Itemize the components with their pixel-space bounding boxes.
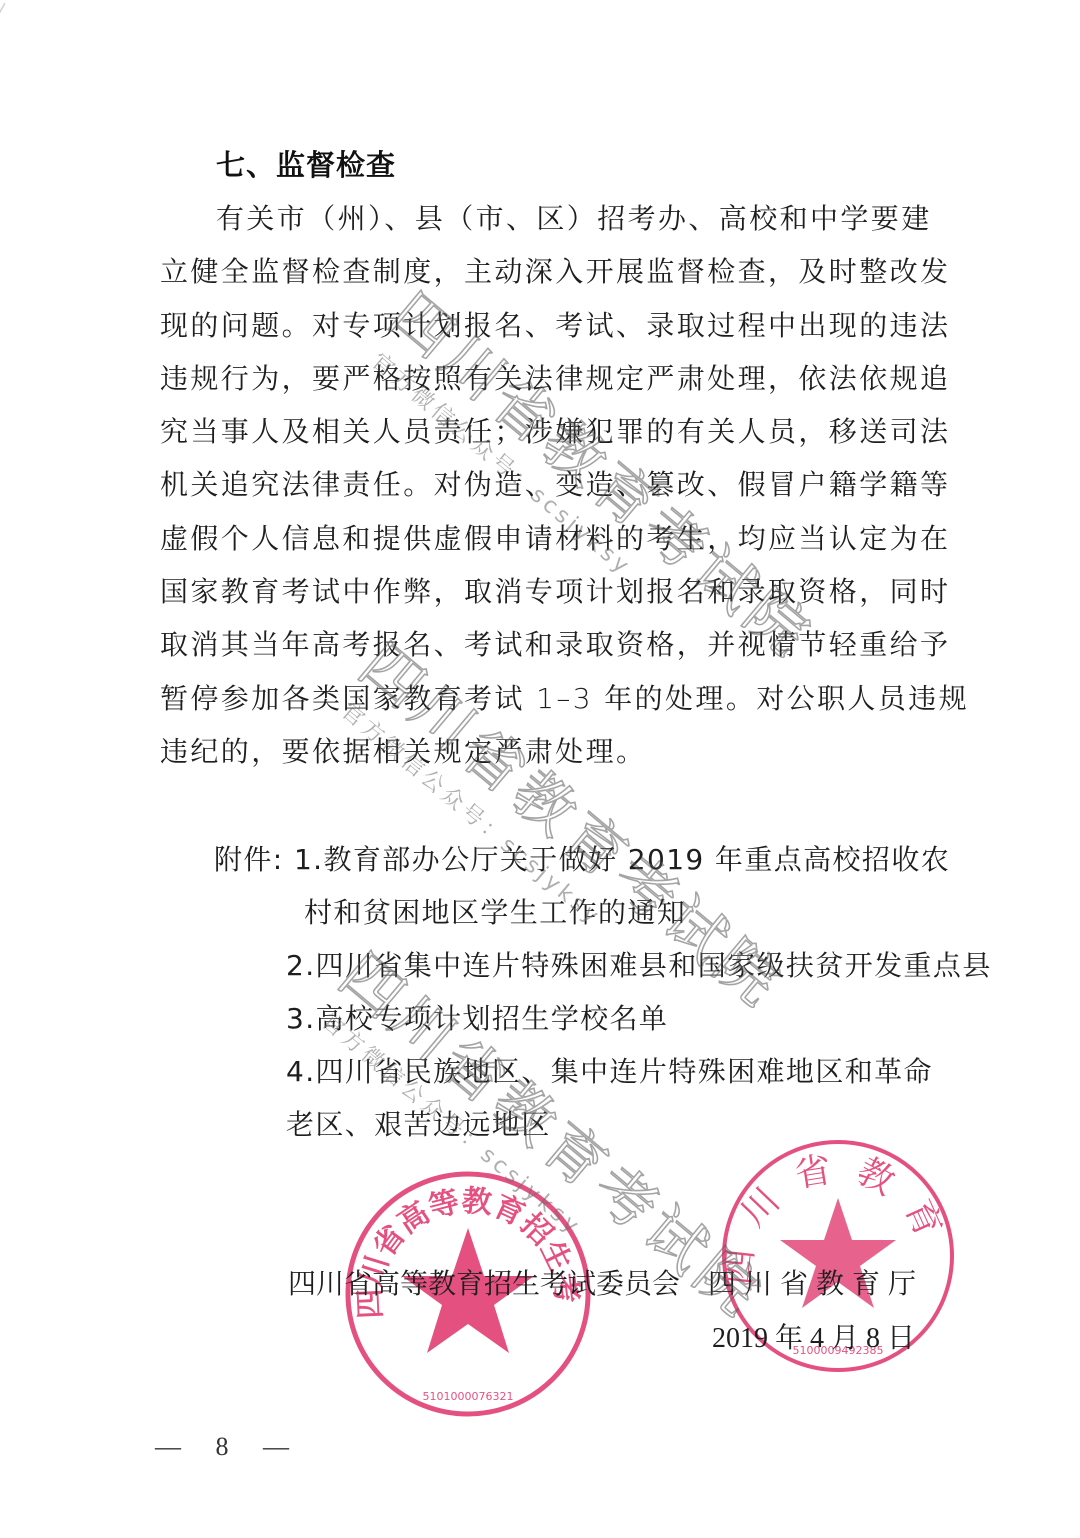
attachment-item-1-cont: 村和贫困地区学生工作的通知 [214, 886, 934, 939]
signature-block: 四川省高等教育招生考试委员会 四川省教育厅 [288, 1262, 680, 1302]
body-line: 违纪的，要依据相关规定严肃处理。 [160, 725, 920, 778]
signer-education-dept: 四川省教育厅 [708, 1262, 924, 1302]
body-line: 有关市（州）、县（市、区）招考办、高校和中学要建 [160, 192, 920, 245]
attachment-label: 附件: [214, 833, 284, 886]
attachment-item-2: 2.四川省集中连片特殊困难县和国家级扶贫开发重点县 [214, 939, 934, 992]
body-line: 究当事人及相关人员责任；涉嫌犯罪的有关人员，移送司法 [160, 405, 920, 458]
attachment-item-1: 附件: 1.教育部办公厅关于做好 2019 年重点高校招收农 [214, 833, 934, 886]
svg-text:5101000076321: 5101000076321 [423, 1390, 514, 1403]
body-line: 国家教育考试中作弊，取消专项计划报名和录取资格，同时 [160, 565, 920, 618]
attachment-item-4: 4.四川省民族地区、集中连片特殊困难地区和革命 [214, 1045, 934, 1098]
document-page: 七、监督检查 有关市（州）、县（市、区）招考办、高校和中学要建 立健全监督检查制… [0, 0, 1080, 1538]
attachment-item-3: 3.高校专项计划招生学校名单 [214, 992, 934, 1045]
body-line: 暂停参加各类国家教育考试 1–3 年的处理。对公职人员违规 [160, 672, 920, 725]
body-line: 取消其当年高考报名、考试和录取资格，并视情节轻重给予 [160, 618, 920, 671]
body-line: 立健全监督检查制度，主动深入开展监督检查，及时整改发 [160, 245, 920, 298]
body-line: 违规行为，要严格按照有关法律规定严肃处理，依法依规追 [160, 352, 920, 405]
section-body: 有关市（州）、县（市、区）招考办、高校和中学要建 立健全监督检查制度，主动深入开… [160, 192, 920, 778]
page-number: — 8 — [155, 1432, 303, 1462]
attachment-list: 附件: 1.教育部办公厅关于做好 2019 年重点高校招收农 村和贫困地区学生工… [214, 833, 934, 1151]
body-line: 机关追究法律责任。对伪造、变造、篡改、假冒户籍学籍等 [160, 458, 920, 511]
scan-corner-mark [0, 2, 21, 18]
section-heading: 七、监督检查 [216, 143, 396, 184]
issue-date: 2019 年 4 月 8 日 [712, 1316, 915, 1356]
body-line: 虚假个人信息和提供虚假申请材料的考生，均应当认定为在 [160, 512, 920, 565]
attachment-title: 1.教育部办公厅关于做好 2019 年重点高校招收农 [294, 843, 950, 876]
signer-exam-committee: 四川省高等教育招生考试委员会 [288, 1267, 680, 1300]
body-line: 现的问题。对专项计划报名、考试、录取过程中出现的违法 [160, 299, 920, 352]
